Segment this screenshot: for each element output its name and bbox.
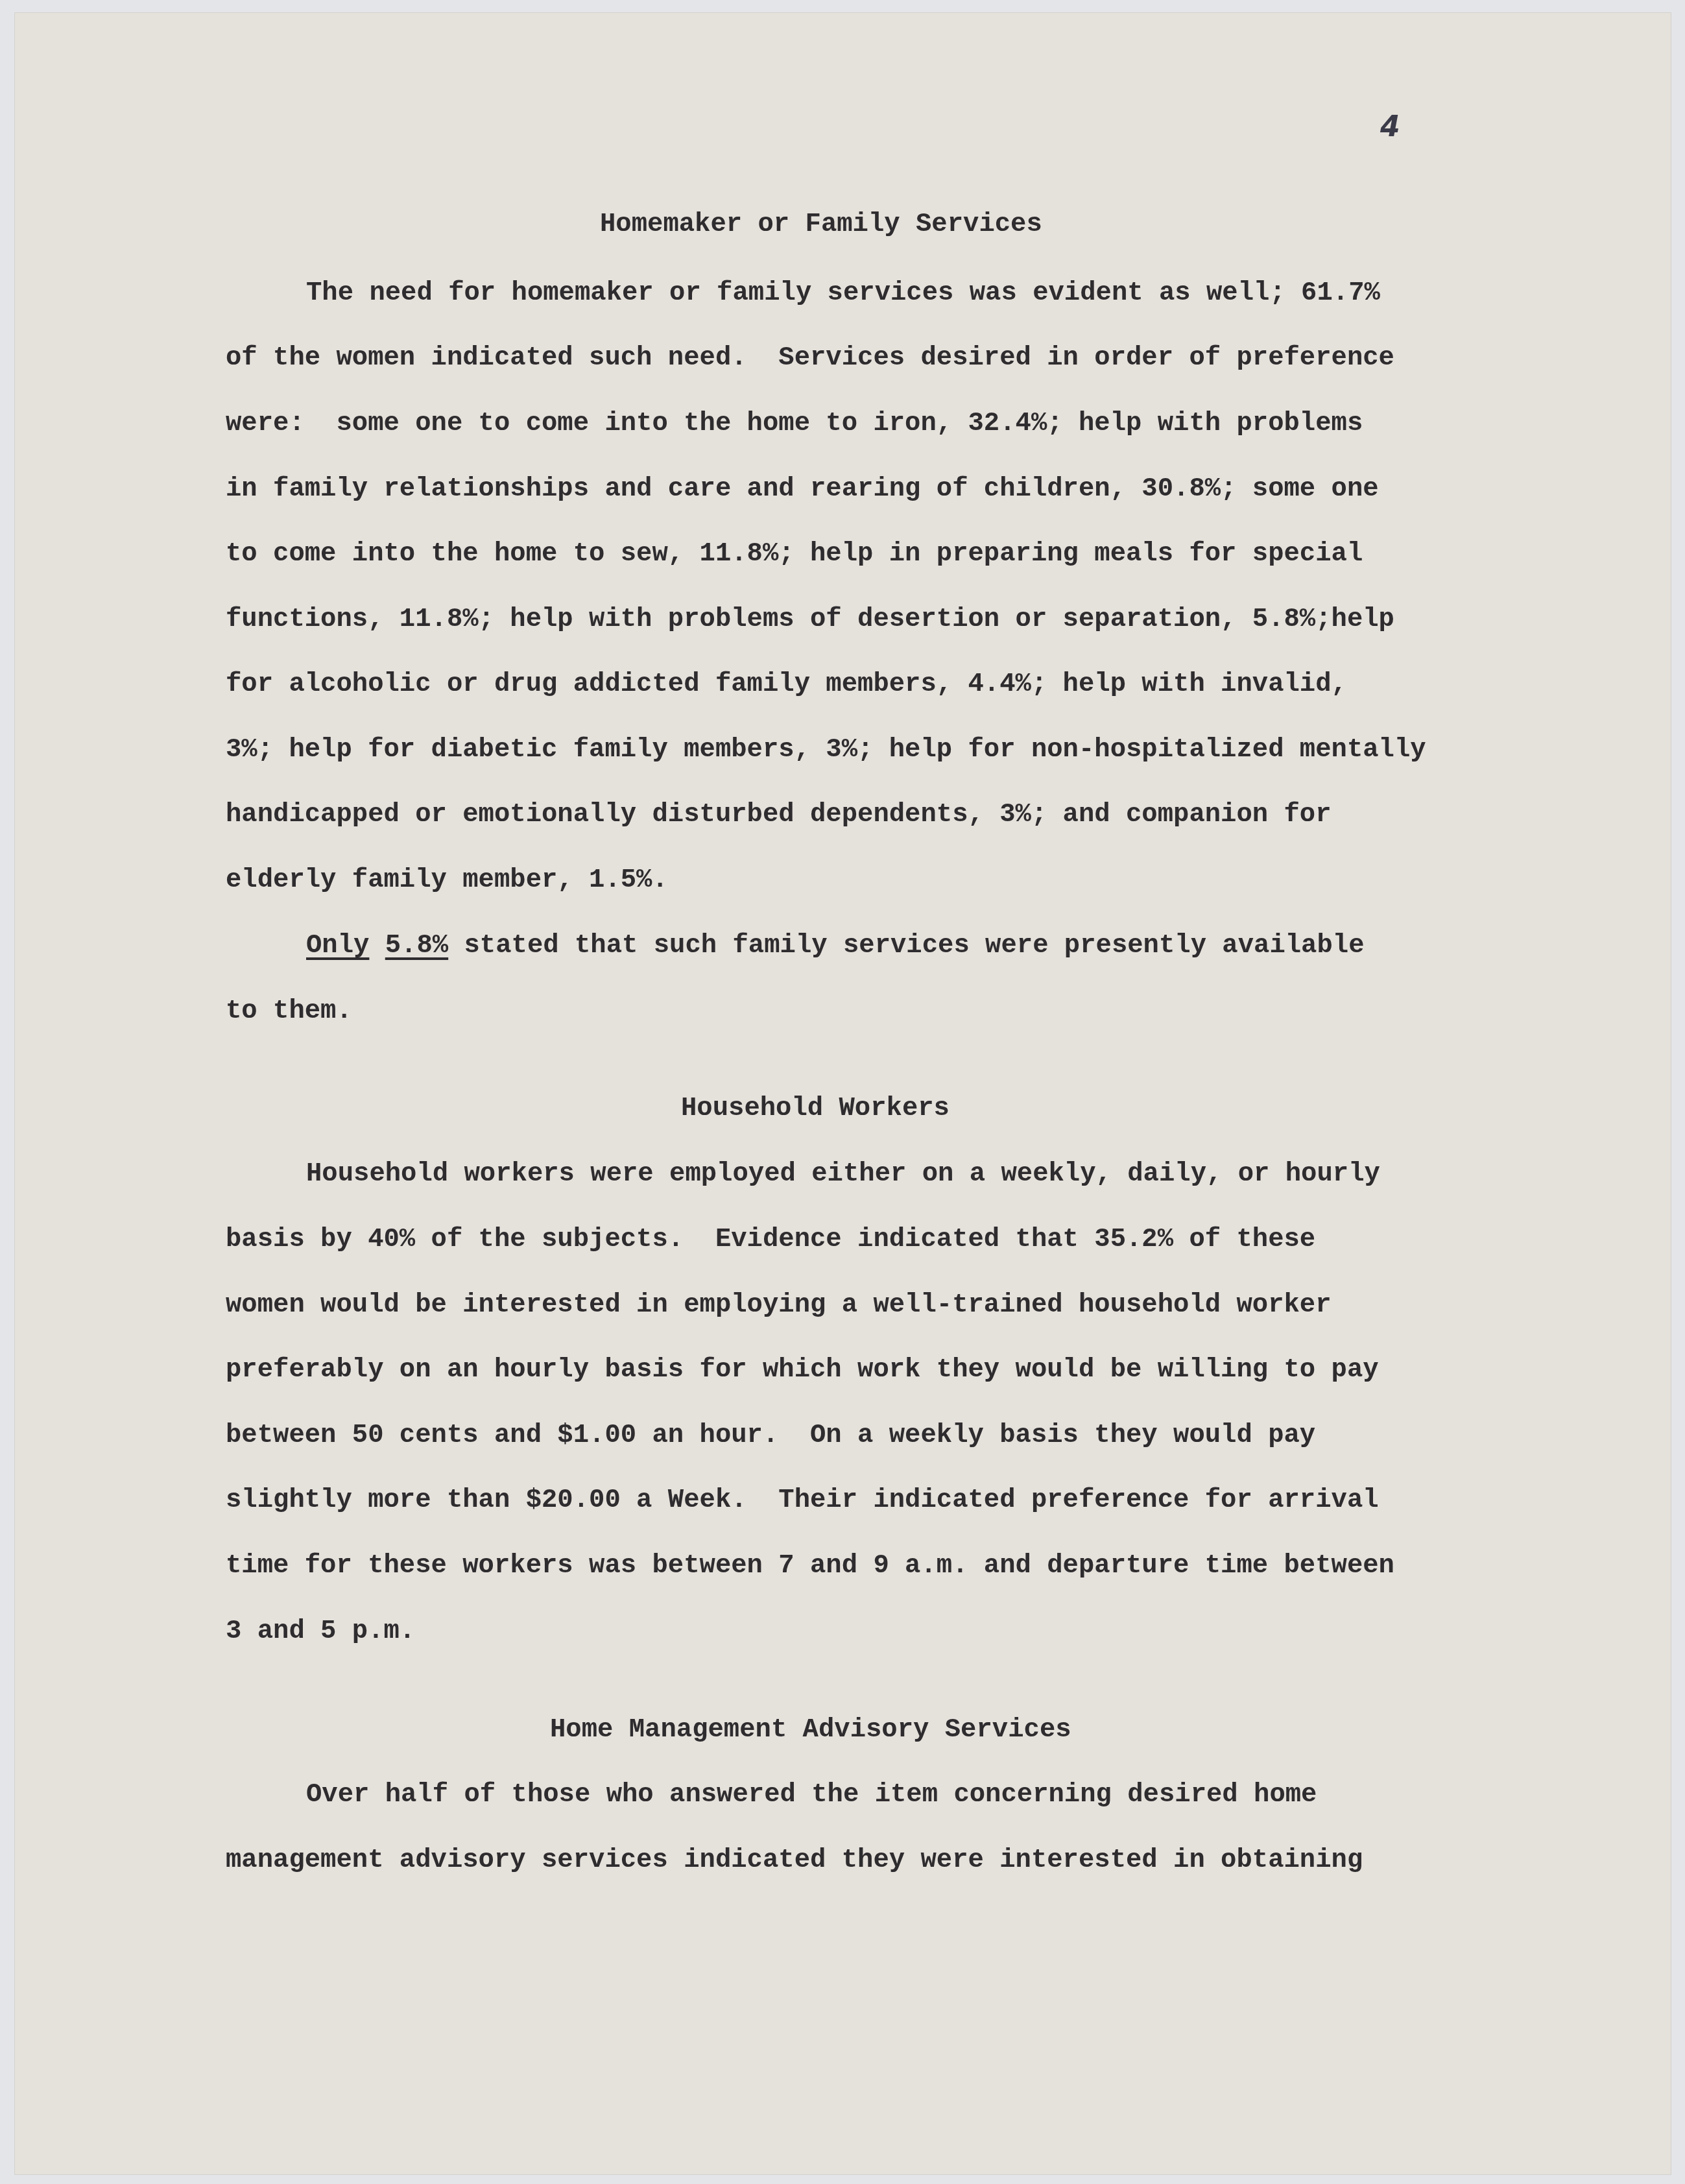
paragraph-line: management advisory services indicated t… [226,1845,1363,1876]
paragraph-line: time for these workers was between 7 and… [226,1550,1394,1581]
paragraph-line: 3%; help for diabetic family members, 3%… [226,734,1426,765]
paragraph-line: functions, 11.8%; help with problems of … [226,604,1394,635]
underlined-only: Only [306,931,369,961]
paragraph-line: preferably on an hourly basis for which … [226,1354,1379,1386]
paragraph-line: in family relationships and care and rea… [226,474,1379,505]
paragraph-line: of the women indicated such need. Servic… [226,342,1394,374]
paragraph-line: to come into the home to sew, 11.8%; hel… [226,538,1363,570]
section-heading-homemaker: Homemaker or Family Services [600,209,1042,240]
paragraph-line: 3 and 5 p.m. [226,1616,415,1647]
underlined-percent: 5.8% [385,931,448,961]
paragraph-line: to them. [226,996,352,1027]
paragraph-line: basis by 40% of the subjects. Evidence i… [226,1224,1315,1255]
paragraph-line: elderly family member, 1.5%. [226,865,668,896]
availability-rest: stated that such family services were pr… [448,931,1364,961]
paragraph-line: slightly more than $20.00 a Week. Their … [226,1485,1379,1516]
page-number: 4 [1380,110,1400,143]
section-heading-home-management: Home Management Advisory Services [550,1714,1071,1746]
availability-line: Only 5.8% stated that such family servic… [306,930,1365,961]
paragraph-line: handicapped or emotionally disturbed dep… [226,799,1332,830]
paragraph-line: Household workers were employed either o… [306,1158,1380,1190]
section-heading-household-workers: Household Workers [681,1093,950,1124]
paragraph-line: The need for homemaker or family service… [306,278,1380,309]
paragraph-line: for alcoholic or drug addicted family me… [226,669,1347,700]
paragraph-line: were: some one to come into the home to … [226,408,1363,439]
paragraph-line: between 50 cents and $1.00 an hour. On a… [226,1420,1315,1451]
paragraph-line: women would be interested in employing a… [226,1290,1332,1321]
paragraph-line: Over half of those who answered the item… [306,1779,1317,1810]
